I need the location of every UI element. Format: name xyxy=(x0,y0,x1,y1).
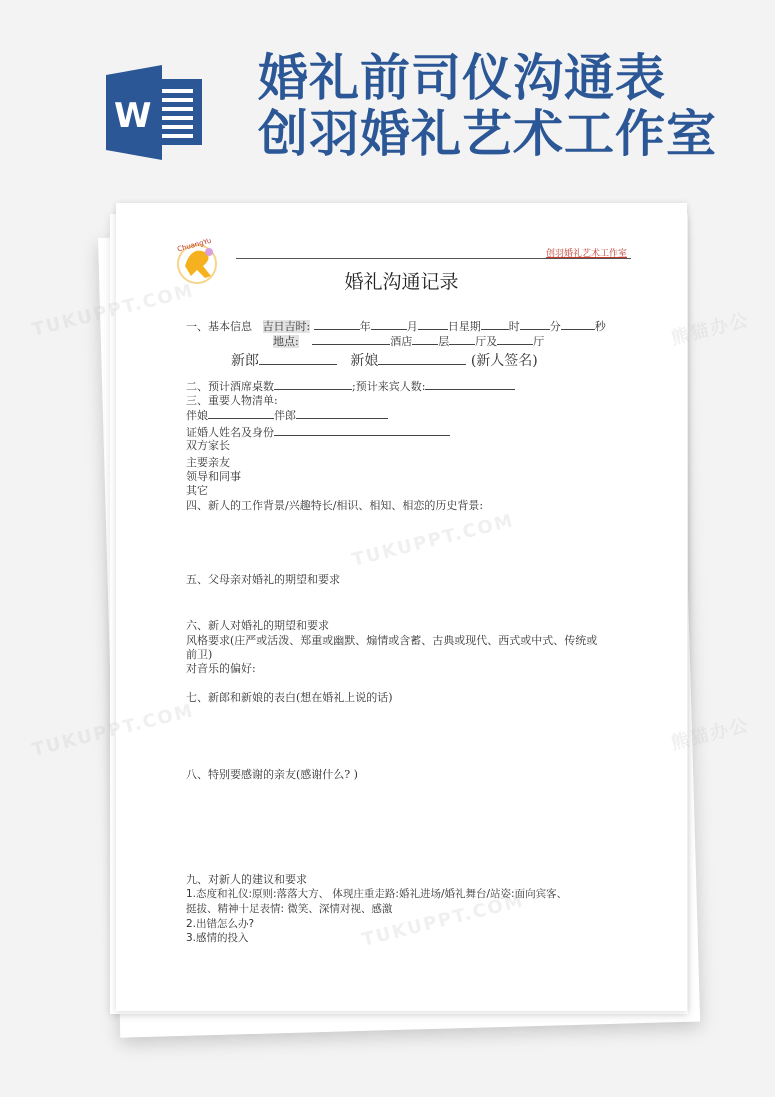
floor-field[interactable] xyxy=(412,335,438,345)
hour-field[interactable] xyxy=(520,320,550,330)
banner-title-line2: 创羽婚礼艺术工作室 xyxy=(258,106,717,162)
music-preference-label: 对音乐的偏好: xyxy=(186,660,256,676)
weekday-field[interactable] xyxy=(481,320,509,330)
section1-place-row: 地点: 酒店层厅及厅 xyxy=(273,333,544,349)
groomsman-label: 伴郎 xyxy=(274,409,296,422)
advice-item2: 2.出错怎么办? xyxy=(186,916,254,931)
banner-title: 婚礼前司仪沟通表 创羽婚礼艺术工作室 xyxy=(258,50,717,162)
day-week-label: 日星期 xyxy=(448,320,481,333)
floor-label: 层 xyxy=(438,335,449,348)
style-requirements-line1: 风格要求(庄严或活泼、郑重或幽默、煽情或含蓄、古典或现代、西式或中式、传统或 xyxy=(186,632,597,648)
banner-title-line1: 婚礼前司仪沟通表 xyxy=(258,50,717,106)
hotel-field[interactable] xyxy=(312,335,390,345)
bride-label: 新娘 xyxy=(350,353,378,369)
parents-label: 双方家长 xyxy=(186,437,230,453)
hall-label: 厅 xyxy=(533,335,544,348)
place-label: 地点: xyxy=(273,335,299,348)
hall2-field[interactable] xyxy=(497,335,533,345)
section3-label: 三、重要人物清单: xyxy=(186,392,278,408)
month-field[interactable] xyxy=(371,320,407,330)
hall-and-label: 厅及 xyxy=(475,335,497,348)
studio-name: 创羽婚礼艺术工作室 xyxy=(546,246,627,259)
svg-text:W: W xyxy=(114,96,152,136)
groom-label: 新郎 xyxy=(231,353,259,369)
bride-signature-field[interactable] xyxy=(378,351,466,365)
attendants-row: 伴娘伴郎 xyxy=(186,407,388,423)
section8-label: 八、特别要感谢的亲友(感谢什么? ) xyxy=(186,766,358,782)
groomsman-field[interactable] xyxy=(296,409,388,419)
advice-item1-line2: 挺拔、精神十足表情: 微笑、深情对视、感激 xyxy=(186,901,392,916)
minute-label: 分 xyxy=(550,320,561,333)
hour-label: 时 xyxy=(509,320,520,333)
tables-field[interactable] xyxy=(274,380,352,390)
section1-date-row: 一、基本信息 吉日吉时: 年月日星期时分秒 xyxy=(186,318,606,334)
word-document-icon: W xyxy=(106,65,206,160)
year-label: 年 xyxy=(360,320,371,333)
section5-label: 五、父母亲对婚礼的期望和要求 xyxy=(186,571,340,587)
signature-row: 新郎 新娘 (新人签名) xyxy=(231,350,538,370)
others-label: 其它 xyxy=(186,482,208,498)
section9-label: 九、对新人的建议和要求 xyxy=(186,871,307,887)
hall-field[interactable] xyxy=(449,335,475,345)
second-label: 秒 xyxy=(595,320,606,333)
document-title: 婚礼沟通记录 xyxy=(116,267,687,294)
guests-label: ;预计来宾人数: xyxy=(352,380,425,393)
bridesmaid-field[interactable] xyxy=(208,409,274,419)
section7-label: 七、新郎和新娘的表白(想在婚礼上说的话) xyxy=(186,689,393,705)
groom-signature-field[interactable] xyxy=(259,351,337,365)
guests-field[interactable] xyxy=(425,380,515,390)
year-field[interactable] xyxy=(314,320,360,330)
day-field[interactable] xyxy=(418,320,448,330)
month-label: 月 xyxy=(407,320,418,333)
section6-label: 六、新人对婚礼的期望和要求 xyxy=(186,617,329,633)
signature-note: (新人签名) xyxy=(471,353,538,369)
section1-label: 一、基本信息 xyxy=(186,320,252,333)
officiant-field[interactable] xyxy=(274,426,450,436)
advice-item3: 3.感情的投入 xyxy=(186,930,249,945)
bridesmaid-label: 伴娘 xyxy=(186,409,208,422)
date-label: 吉日吉时: xyxy=(263,320,311,333)
section4-label: 四、新人的工作背景/兴趣特长/相识、相知、相恋的历史背景: xyxy=(186,497,483,513)
advice-item1-line1: 1.态度和礼仪:原则:落落大方、 体现庄重走路:婚礼进场/婚礼舞台/站姿:面向宾… xyxy=(186,886,567,901)
minute-field[interactable] xyxy=(561,320,595,330)
hotel-label: 酒店 xyxy=(390,335,412,348)
document-page: ChuangYu 创羽婚礼艺术工作室 婚礼沟通记录 一、基本信息 吉日吉时: 年… xyxy=(116,203,687,1011)
